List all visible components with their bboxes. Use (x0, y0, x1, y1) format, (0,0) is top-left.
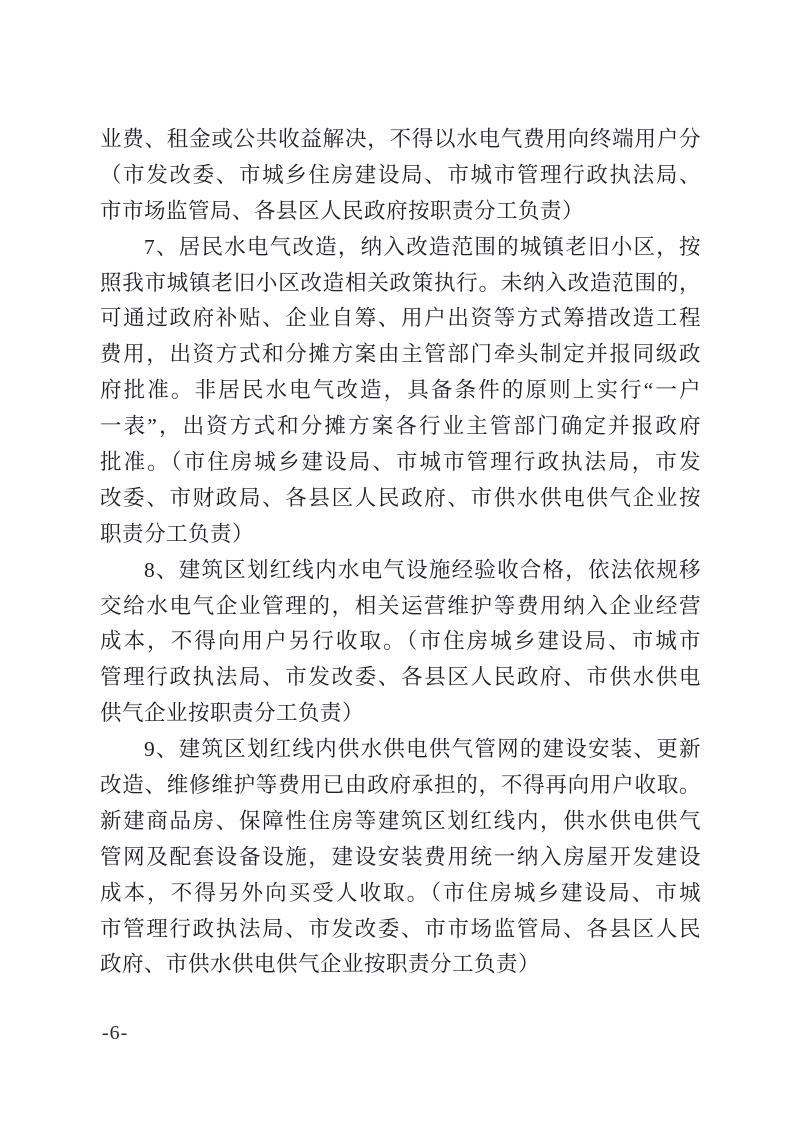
text-line: 改造、维修维护等费用已由政府承担的，不得再向用户收取。 (100, 768, 701, 804)
text-line: 一表”，出资方式和分摊方案各行业主管部门确定并报政府 (100, 409, 701, 445)
text-line: 管网及配套设备设施，建设安装费用统一纳入房屋开发建设 (100, 840, 701, 876)
text-line: 交给水电气企业管理的，相关运营维护等费用纳入企业经营 (100, 589, 701, 625)
page-number: -6- (102, 1022, 128, 1045)
text-line: 市市场监管局、各县区人民政府按职责分工负责） (100, 194, 701, 230)
text-line: 成本，不得另外向买受人收取。（市住房城乡建设局、市城 (100, 876, 701, 912)
text-line-paragraph-start: 9、建筑区划红线内供水供电供气管网的建设安装、更新 (100, 732, 701, 768)
text-line: 职责分工负责） (100, 517, 701, 553)
document-page: 业费、租金或公共收益解决，不得以水电气费用向终端用户分摊。 （市发改委、市城乡住… (0, 0, 793, 1122)
text-line: 政府、市供水供电供气企业按职责分工负责） (100, 947, 701, 983)
text-line: 新建商品房、保障性住房等建筑区划红线内，供水供电供气 (100, 804, 701, 840)
text-line-paragraph-start: 8、建筑区划红线内水电气设施经验收合格，依法依规移 (100, 553, 701, 589)
text-line: 可通过政府补贴、企业自筹、用户出资等方式筹措改造工程 (100, 301, 701, 337)
text-line: 费用，出资方式和分摊方案由主管部门牵头制定并报同级政 (100, 337, 701, 373)
text-line: 改委、市财政局、各县区人民政府、市供水供电供气企业按 (100, 481, 701, 517)
text-line: 府批准。非居民水电气改造，具备条件的原则上实行“一户 (100, 373, 701, 409)
text-line: 管理行政执法局、市发改委、各县区人民政府、市供水供电 (100, 660, 701, 696)
text-line: 市管理行政执法局、市发改委、市市场监管局、各县区人民 (100, 912, 701, 948)
text-line-paragraph-start: 7、居民水电气改造，纳入改造范围的城镇老旧小区，按 (100, 230, 701, 266)
text-line: 业费、租金或公共收益解决，不得以水电气费用向终端用户分摊。 (100, 122, 701, 158)
document-body: 业费、租金或公共收益解决，不得以水电气费用向终端用户分摊。 （市发改委、市城乡住… (100, 122, 701, 983)
text-line: 照我市城镇老旧小区改造相关政策执行。未纳入改造范围的， (100, 266, 701, 302)
text-line: 批准。（市住房城乡建设局、市城市管理行政执法局，市发 (100, 445, 701, 481)
text-line: （市发改委、市城乡住房建设局、市城市管理行政执法局、 (100, 158, 701, 194)
text-line: 成本，不得向用户另行收取。（市住房城乡建设局、市城市 (100, 624, 701, 660)
text-line: 供气企业按职责分工负责） (100, 696, 701, 732)
